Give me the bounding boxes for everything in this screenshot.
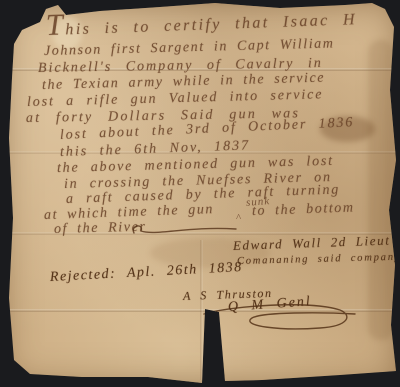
handwritten-text-line: This is to certify that Isaac H <box>46 5 358 40</box>
insertion-caret: ^ <box>236 212 241 224</box>
paper-sheet: This is to certify that Isaac H Johnson … <box>0 0 400 387</box>
document-scan: This is to certify that Isaac H Johnson … <box>0 0 400 387</box>
docket-rejected-date: Rejected: Apl. 26th 1838 <box>50 260 244 286</box>
edge-shading <box>368 40 394 340</box>
signature-role: Comananing said company <box>237 252 400 267</box>
fold-crease <box>0 309 400 312</box>
handwritten-text-line: of the River <box>54 220 147 238</box>
signature-officer: Edward Wall 2d Lieut <box>233 233 391 254</box>
inserted-word-above-line: sunk <box>246 195 271 209</box>
